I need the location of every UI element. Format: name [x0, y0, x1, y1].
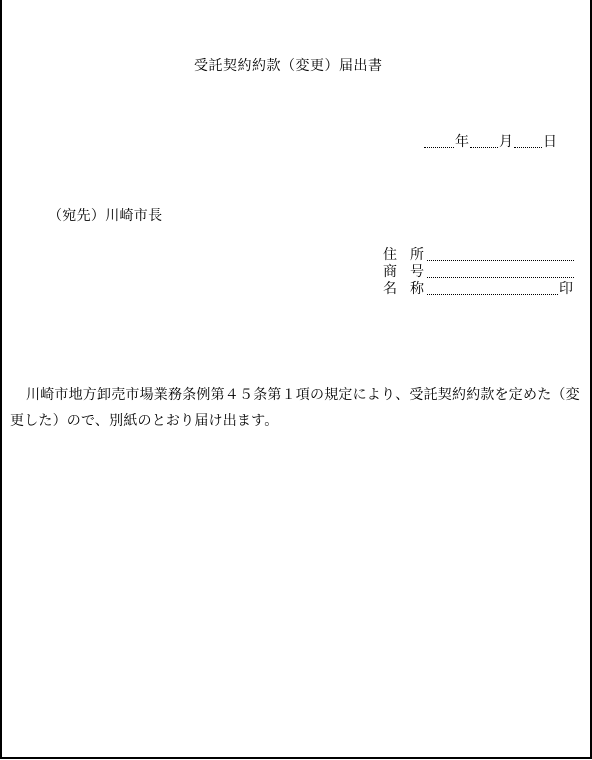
trade-name-field[interactable]: [427, 264, 574, 278]
address-field[interactable]: [427, 247, 574, 261]
name-field[interactable]: [427, 281, 558, 295]
body-text: 川崎市地方卸売市場業務条例第４５条第１項の規定により、受託契約約款を定めた（変更…: [10, 387, 580, 429]
trade-name-row: 商号: [383, 263, 578, 280]
year-blank[interactable]: [424, 134, 454, 148]
year-label: 年: [454, 134, 470, 150]
month-blank[interactable]: [470, 134, 498, 148]
applicant-block: 住所 商号 名称 印: [383, 246, 578, 297]
trade-name-label: 商号: [383, 264, 427, 280]
name-row: 名称 印: [383, 280, 578, 297]
body-paragraph: 川崎市地方卸売市場業務条例第４５条第１項の規定により、受託契約約款を定めた（変更…: [10, 382, 590, 434]
day-blank[interactable]: [514, 134, 542, 148]
seal-mark: 印: [559, 281, 573, 297]
addressee: （宛先）川崎市長: [48, 208, 162, 224]
address-row: 住所: [383, 246, 578, 263]
day-label: 日: [542, 134, 558, 150]
document-page: 受託契約約款（変更）届出書 年 月 日 （宛先）川崎市長 住所 商号 名称 印 …: [0, 0, 592, 759]
date-line: 年 月 日: [424, 134, 558, 150]
name-label: 名称: [383, 281, 427, 297]
month-label: 月: [498, 134, 514, 150]
document-title: 受託契約約款（変更）届出書: [194, 58, 404, 74]
address-label: 住所: [383, 247, 427, 263]
